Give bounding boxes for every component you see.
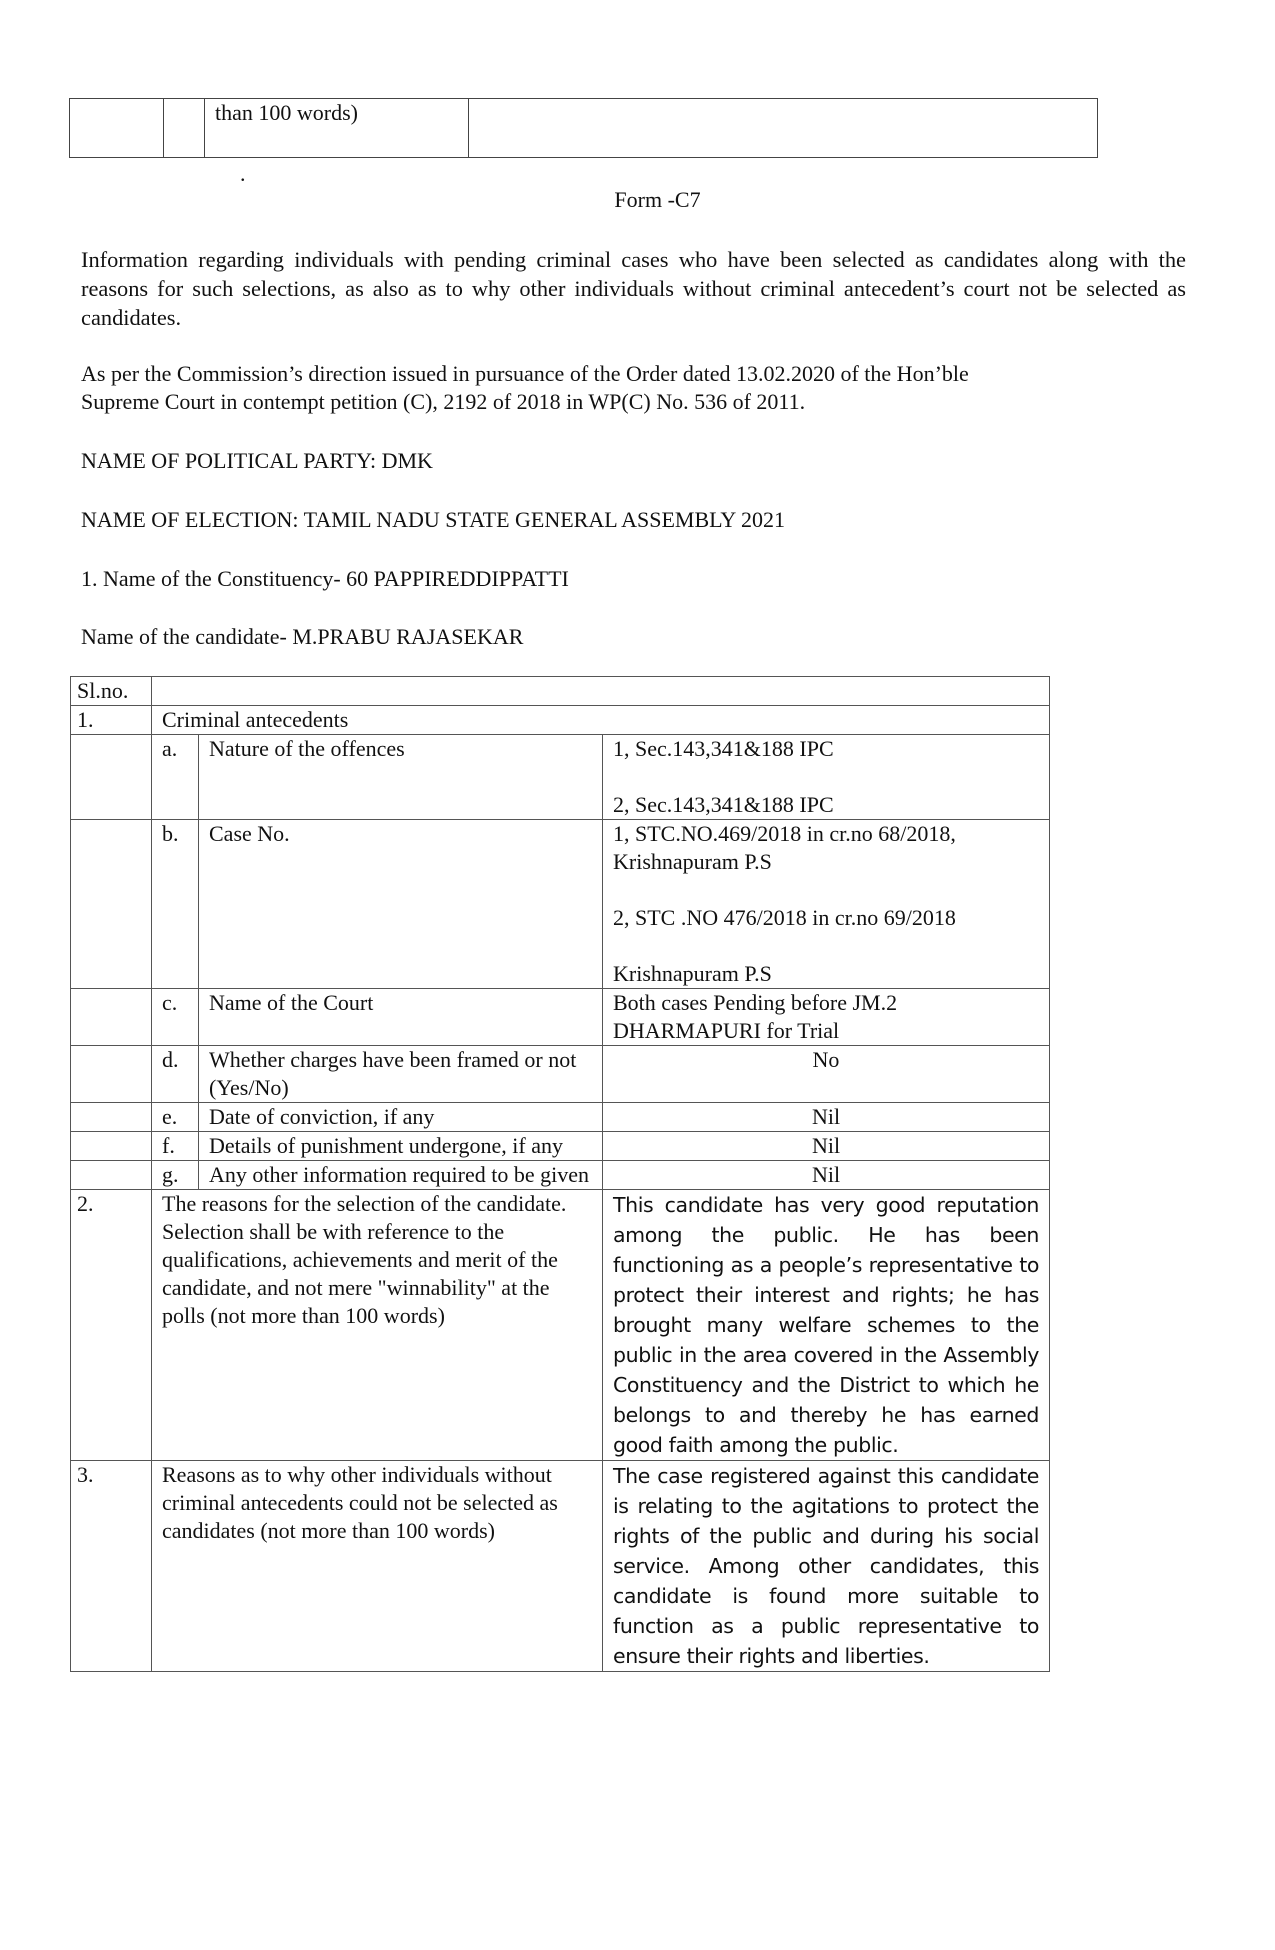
section-number: 3. [71,1461,152,1672]
row-value: Nil [603,1103,1050,1132]
table-row: b. Case No. 1, STC.NO.469/2018 in cr.no … [71,820,1050,989]
row-label: Date of conviction, if any [199,1103,603,1132]
table-row: e. Date of conviction, if any Nil [71,1103,1050,1132]
row-label: Name of the Court [199,989,603,1046]
row-value: Nil [603,1161,1050,1190]
row-letter: d. [152,1046,199,1103]
criminal-antecedents-table: Sl.no. 1. Criminal antecedents a. Nature… [70,676,1050,1672]
row-letter: g. [152,1161,199,1190]
empty-header-cell [152,677,1050,706]
section-label: The reasons for the selection of the can… [152,1190,603,1461]
section-row: 2. The reasons for the selection of the … [71,1190,1050,1461]
table-row: d. Whether charges have been framed or n… [71,1046,1050,1103]
table-row: f. Details of punishment undergone, if a… [71,1132,1050,1161]
empty-cell [70,99,164,158]
selection-reason: This candidate has very good reputation … [603,1190,1050,1461]
stray-mark: . [240,160,246,188]
table-row: than 100 words) [70,99,1098,158]
section-number: 1. [71,706,152,735]
table-row: c. Name of the Court Both cases Pending … [71,989,1050,1046]
row-label: Case No. [199,820,603,989]
party-name: NAME OF POLITICAL PARTY: DMK [81,447,433,475]
section-title: Criminal antecedents [152,706,1050,735]
previous-table-fragment: than 100 words) [69,98,1098,158]
election-name: NAME OF ELECTION: TAMIL NADU STATE GENER… [81,506,785,534]
direction-line-1: As per the Commission’s direction issued… [81,360,1181,388]
row-value: No [603,1046,1050,1103]
direction-line-2: Supreme Court in contempt petition (C), … [81,388,1181,416]
row-value: Both cases Pending before JM.2 DHARMAPUR… [603,989,1050,1046]
row-label: Whether charges have been framed or not … [199,1046,603,1103]
section-number: 2. [71,1190,152,1461]
empty-cell [469,99,1098,158]
row-value: 1, STC.NO.469/2018 in cr.no 68/2018, Kri… [603,820,1050,989]
section-row: 1. Criminal antecedents [71,706,1050,735]
other-candidates-reason: The case registered against this candida… [603,1461,1050,1672]
row-letter: a. [152,735,199,820]
row-value: 1, Sec.143,341&188 IPC 2, Sec.143,341&18… [603,735,1050,820]
section-row: 3. Reasons as to why other individuals w… [71,1461,1050,1672]
row-value: Nil [603,1132,1050,1161]
row-label: Any other information required to be giv… [199,1161,603,1190]
row-letter: b. [152,820,199,989]
intro-paragraph: Information regarding individuals with p… [81,245,1186,332]
row-letter: c. [152,989,199,1046]
constituency-name: 1. Name of the Constituency- 60 PAPPIRED… [81,565,569,593]
form-title: Form -C7 [0,186,1275,214]
table-row: a. Nature of the offences 1, Sec.143,341… [71,735,1050,820]
direction-paragraph: As per the Commission’s direction issued… [81,360,1181,416]
row-label: Details of punishment undergone, if any [199,1132,603,1161]
section-label: Reasons as to why other individuals with… [152,1461,603,1672]
row-label: Nature of the offences [199,735,603,820]
candidate-name: Name of the candidate- M.PRABU RAJASEKAR [81,623,523,651]
fragment-text: than 100 words) [205,99,469,158]
empty-cell [164,99,205,158]
table-row: g. Any other information required to be … [71,1161,1050,1190]
table-header-row: Sl.no. [71,677,1050,706]
row-letter: f. [152,1132,199,1161]
row-letter: e. [152,1103,199,1132]
slno-header: Sl.no. [71,677,152,706]
